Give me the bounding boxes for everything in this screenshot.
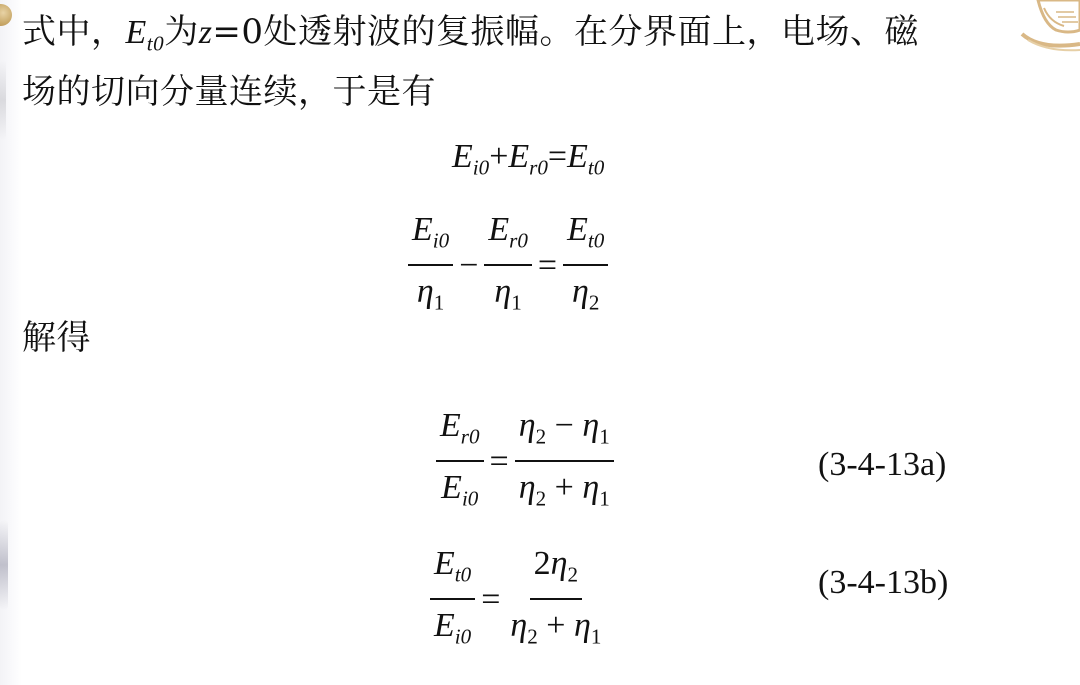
subscript: t0 <box>147 31 164 55</box>
equation-boundary-condition-E: Ei0+Er0=Et0 <box>452 138 604 180</box>
slide: 式中，Et0为z=0处透射波的复振幅。在分界面上，电场、磁 场的切向分量连续，于… <box>0 0 1080 685</box>
paragraph-line-2: 场的切向分量连续，于是有 <box>22 72 436 112</box>
left-decorative-border <box>0 0 22 685</box>
equation-number-b: (3-4-13b) <box>818 564 948 602</box>
gold-orb-decoration <box>0 4 12 26</box>
solve-label: 解得 <box>22 318 91 358</box>
equation-boundary-condition-H: Ei0 η1 − Er0 η1 = Et0 η2 <box>404 210 612 323</box>
coffee-cup-decoration-icon <box>1020 0 1080 52</box>
swoosh-decoration <box>0 60 6 140</box>
equation-number-a: (3-4-13a) <box>818 446 946 484</box>
fraction: Ei0 η1 <box>408 210 453 323</box>
variable-z: z <box>199 14 213 51</box>
fraction: Er0 Ei0 <box>436 406 484 519</box>
paragraph-line-1: 式中，Et0为z=0处透射波的复振幅。在分界面上，电场、磁 <box>22 12 919 63</box>
fraction: Et0 η2 <box>563 210 608 323</box>
swoosh-decoration <box>0 520 8 610</box>
fraction: 2η2 η2 + η1 <box>506 544 605 657</box>
text-rest: =0处透射波的复振幅。在分界面上，电场、磁 <box>212 12 919 52</box>
equation-reflection-coefficient: Er0 Ei0 = η2 − η1 η2 + η1 <box>432 406 618 519</box>
fraction: Er0 η1 <box>484 210 532 323</box>
variable-E: E <box>126 14 147 51</box>
text-prefix: 式中， <box>22 12 126 52</box>
equation-transmission-coefficient: Et0 Ei0 = 2η2 η2 + η1 <box>426 544 609 657</box>
fraction: η2 − η1 η2 + η1 <box>515 406 614 519</box>
text-mid: 为 <box>164 12 199 52</box>
fraction: Et0 Ei0 <box>430 544 475 657</box>
